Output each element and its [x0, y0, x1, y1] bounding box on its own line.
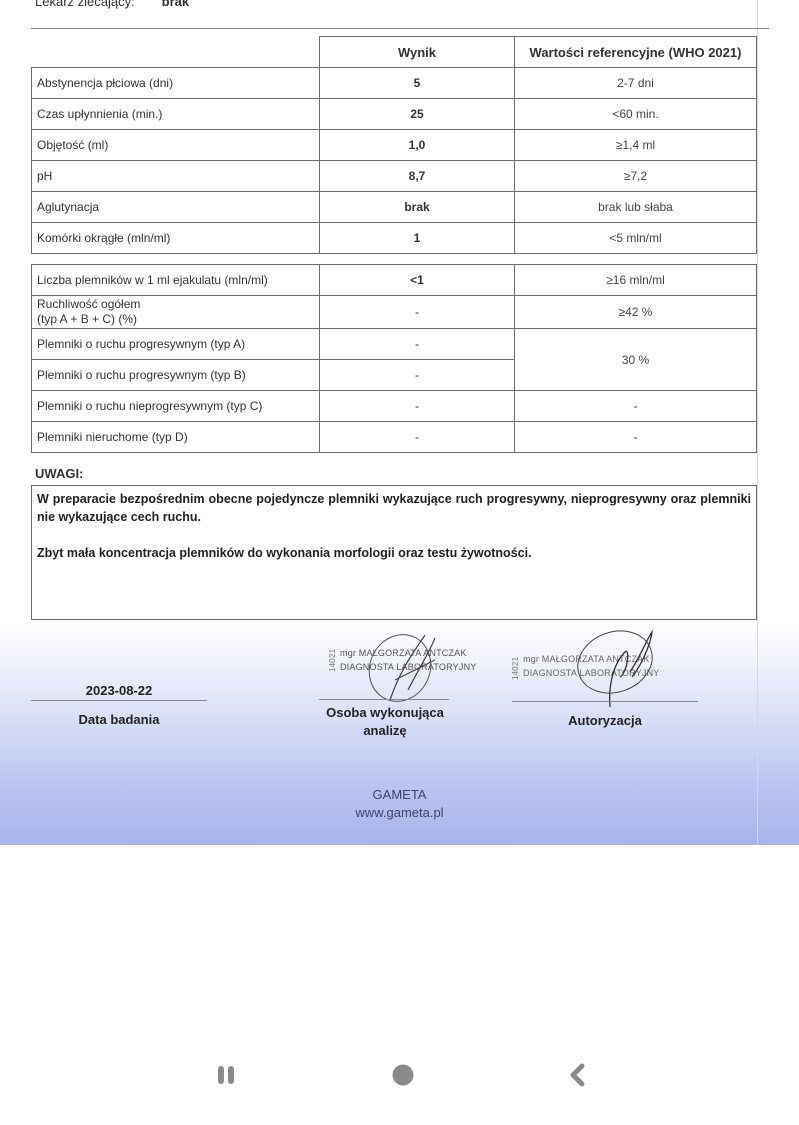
param-label: Aglutynacja [32, 192, 320, 223]
recent-apps-icon [215, 1063, 239, 1087]
stamp-number: 14021 [326, 649, 340, 672]
performer-signature [340, 630, 480, 705]
date-signature-line [31, 700, 207, 701]
table-row: Plemniki o ruchu progresywnym (typ A) - … [32, 329, 757, 360]
table-row: Plemniki o ruchu nieprogresywnym (typ C)… [32, 391, 757, 422]
result-value: 1 [320, 223, 515, 254]
home-button[interactable] [388, 1060, 418, 1090]
param-label-line1: Ruchliwość ogółem [37, 297, 314, 312]
table-row: Ruchliwość ogółem (typ A + B + C) (%) - … [32, 296, 757, 329]
param-label: Objętość (ml) [32, 130, 320, 161]
android-nav-bar [0, 1040, 799, 1110]
performer-caption-line2: analizę [305, 722, 465, 740]
reference-value: 2-7 dni [515, 68, 757, 99]
stamp-number: 14021 [509, 657, 523, 680]
reference-value: <5 mln/ml [515, 223, 757, 254]
date-caption: Data badania [31, 711, 207, 729]
table-row: Liczba plemników w 1 ml ejakulatu (mln/m… [32, 265, 757, 296]
table-row: Czas upłynnienia (min.) 25 <60 min. [32, 99, 757, 130]
ordering-doctor-value: brak [162, 0, 189, 9]
param-label: Abstynencja płciowa (dni) [32, 68, 320, 99]
result-value: 8,7 [320, 161, 515, 192]
exam-date: 2023-08-22 [31, 683, 207, 698]
authorization-signature [570, 622, 670, 712]
table-row: Abstynencja płciowa (dni) 5 2-7 dni [32, 68, 757, 99]
performer-caption: Osoba wykonująca analizę [305, 704, 465, 740]
performer-signature-line [319, 699, 449, 700]
param-label: Czas upłynnienia (min.) [32, 99, 320, 130]
result-value: - [320, 329, 515, 360]
param-label: Plemniki o ruchu progresywnym (typ B) [32, 360, 320, 391]
remarks-box: W preparacie bezpośrednim obecne pojedyn… [31, 485, 757, 620]
header-result: Wynik [320, 37, 515, 68]
reference-value: ≥7,2 [515, 161, 757, 192]
param-label: Plemniki o ruchu progresywnym (typ A) [32, 329, 320, 360]
result-value: 5 [320, 68, 515, 99]
remarks-label: UWAGI: [35, 466, 83, 481]
brand-url[interactable]: www.gameta.pl [0, 805, 799, 820]
header-empty-cell [32, 37, 320, 68]
param-label: Plemniki nieruchome (typ D) [32, 422, 320, 453]
param-label: Komórki okrągłe (mln/ml) [32, 223, 320, 254]
reference-value: ≥1,4 ml [515, 130, 757, 161]
result-value: 25 [320, 99, 515, 130]
param-label: Ruchliwość ogółem (typ A + B + C) (%) [32, 296, 320, 329]
back-button[interactable] [563, 1060, 593, 1090]
reference-value: - [515, 422, 757, 453]
reference-value: brak lub słaba [515, 192, 757, 223]
result-value: - [320, 360, 515, 391]
reference-value: - [515, 391, 757, 422]
header-reference: Wartości referencyjne (WHO 2021) [515, 37, 757, 68]
result-value: 1,0 [320, 130, 515, 161]
result-value: - [320, 391, 515, 422]
param-label-line2: (typ A + B + C) (%) [37, 312, 314, 327]
table-row: pH 8,7 ≥7,2 [32, 161, 757, 192]
ordering-doctor-label: Lekarz zlecający: [35, 0, 158, 9]
back-icon [566, 1063, 590, 1087]
header-divider [31, 28, 769, 29]
basic-parameters-table: Wynik Wartości referencyjne (WHO 2021) A… [31, 36, 757, 254]
table-row: Objętość (ml) 1,0 ≥1,4 ml [32, 130, 757, 161]
param-label: pH [32, 161, 320, 192]
remarks-paragraph-1: W preparacie bezpośrednim obecne pojedyn… [37, 490, 751, 526]
reference-value: ≥16 mln/ml [515, 265, 757, 296]
table-row: Plemniki nieruchome (typ D) - - [32, 422, 757, 453]
performer-caption-line1: Osoba wykonująca [305, 704, 465, 722]
result-value: - [320, 422, 515, 453]
reference-value: <60 min. [515, 99, 757, 130]
param-label: Liczba plemników w 1 ml ejakulatu (mln/m… [32, 265, 320, 296]
scan-edge-line [757, 0, 758, 845]
table-row: Aglutynacja brak brak lub słaba [32, 192, 757, 223]
home-icon [391, 1063, 415, 1087]
authorization-signature-line [512, 701, 698, 702]
param-label: Plemniki o ruchu nieprogresywnym (typ C) [32, 391, 320, 422]
recent-apps-button[interactable] [212, 1060, 242, 1090]
result-value: brak [320, 192, 515, 223]
table-row: Komórki okrągłe (mln/ml) 1 <5 mln/ml [32, 223, 757, 254]
result-value: - [320, 296, 515, 329]
reference-value: ≥42 % [515, 296, 757, 329]
authorization-caption: Autoryzacja [512, 712, 698, 730]
reference-value-merged: 30 % [515, 329, 757, 391]
ordering-doctor-row: Lekarz zlecający: brak [35, 0, 189, 9]
sperm-parameters-table: Liczba plemników w 1 ml ejakulatu (mln/m… [31, 264, 757, 453]
table-header-row: Wynik Wartości referencyjne (WHO 2021) [32, 37, 757, 68]
brand-name: GAMETA [0, 787, 799, 802]
remarks-paragraph-2: Zbyt mała koncentracja plemników do wyko… [37, 544, 751, 562]
result-value: <1 [320, 265, 515, 296]
document-page: Lekarz zlecający: brak Wynik Wartości re… [0, 0, 799, 845]
